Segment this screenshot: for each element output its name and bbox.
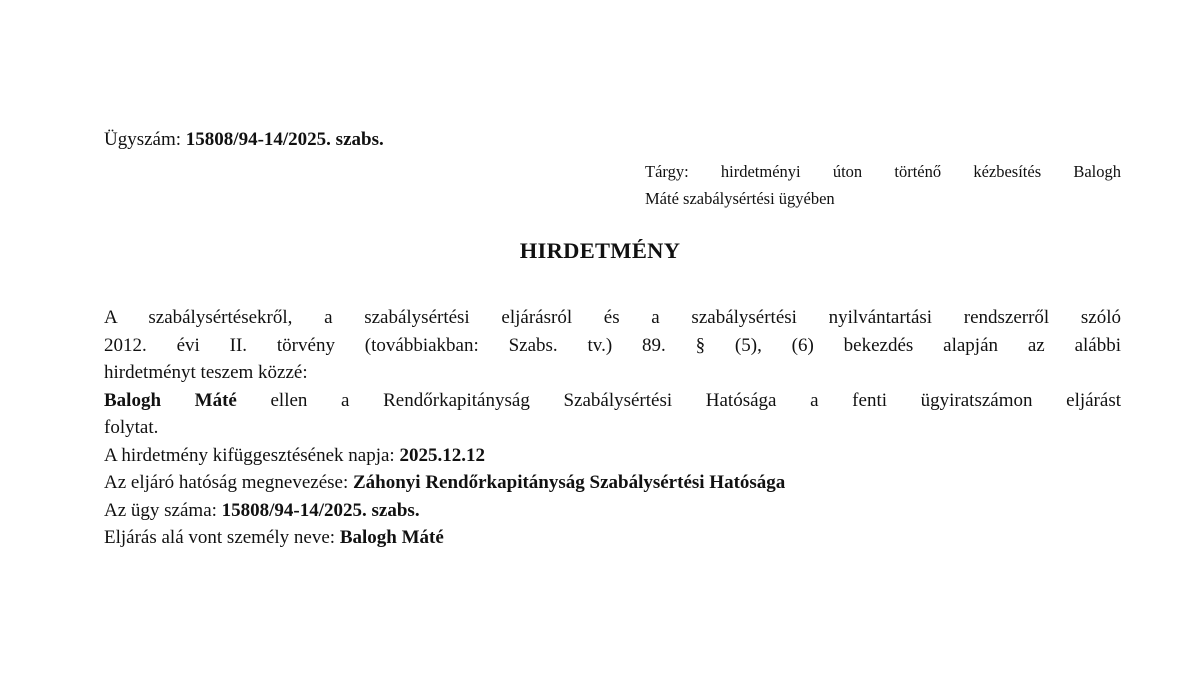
proceeding-paragraph: Balogh Máté ellen a Rendőrkapitányság Sz… — [104, 387, 1121, 442]
person-name-value: Balogh Máté — [340, 527, 444, 548]
posting-date-value: 2025.12.12 — [399, 445, 485, 466]
detail-person-name: Eljárás alá vont személy neve: Balogh Má… — [104, 524, 1121, 552]
case-number-detail-value: 15808/94-14/2025. szabs. — [222, 500, 420, 521]
authority-value: Záhonyi Rendőrkapitányság Szabálysértési… — [353, 472, 785, 493]
case-number: Ügyszám: 15808/94-14/2025. szabs. — [104, 128, 384, 152]
document-body: A szabálysértésekről, a szabálysértési e… — [104, 304, 1121, 552]
detail-authority: Az eljáró hatóság megnevezése: Záhonyi R… — [104, 469, 1121, 497]
subject-line-2: Máté szabálysértési ügyében — [645, 189, 835, 208]
intro-line-3: hirdetményt teszem közzé: — [104, 359, 1121, 387]
proceeding-line-1: Balogh Máté ellen a Rendőrkapitányság Sz… — [104, 387, 1121, 415]
proceeding-line-2: folytat. — [104, 414, 1121, 442]
case-number-value: 15808/94-14/2025. szabs. — [186, 129, 384, 150]
detail-case-number: Az ügy száma: 15808/94-14/2025. szabs. — [104, 497, 1121, 525]
document-title: HIRDETMÉNY — [0, 238, 1200, 264]
detail-posting-date: A hirdetmény kifüggesztésének napja: 202… — [104, 442, 1121, 470]
intro-paragraph: A szabálysértésekről, a szabálysértési e… — [104, 304, 1121, 387]
proceeding-person-name: Balogh Máté — [104, 390, 237, 411]
intro-line-1: A szabálysértésekről, a szabálysértési e… — [104, 304, 1121, 332]
intro-line-2: 2012. évi II. törvény (továbbiakban: Sza… — [104, 332, 1121, 360]
subject-line-1: Tárgy: hirdetményi úton történő kézbesít… — [645, 158, 1121, 185]
subject: Tárgy: hirdetményi úton történő kézbesít… — [645, 158, 1121, 212]
proceeding-text: ellen a Rendőrkapitányság Szabálysértési… — [237, 390, 1121, 411]
case-number-label: Ügyszám: — [104, 129, 181, 150]
